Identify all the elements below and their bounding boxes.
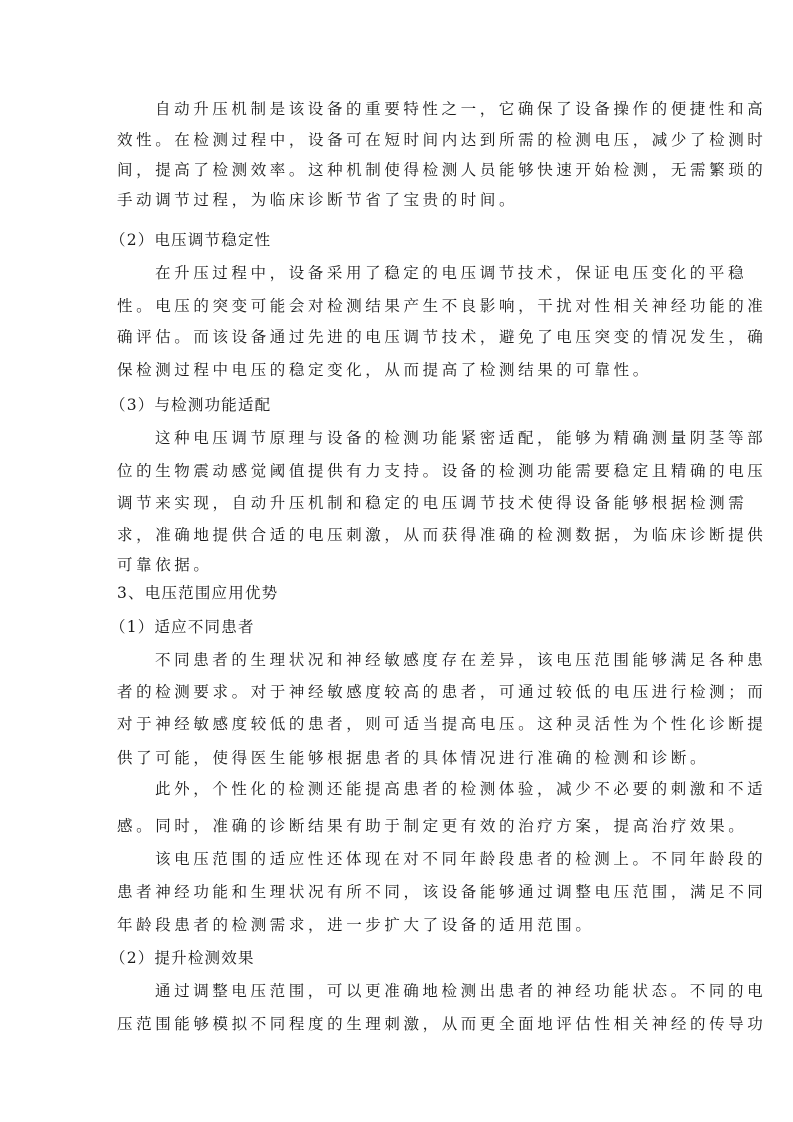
paragraph-line: 供了可能，使得医生能够根据患者的具体情况进行准确的检测和诊断。	[117, 748, 677, 768]
paragraph-line: 年龄段患者的检测需求，进一步扩大了设备的适用范围。	[117, 915, 677, 935]
paragraph-line: 调节来实现，自动升压机制和稳定的电压调节技术使得设备能够根据检测需	[117, 493, 677, 513]
subsection-heading: （2）电压调节稳定性	[110, 230, 670, 250]
subsection-heading: （1）适应不同患者	[110, 617, 670, 637]
document-page: 自动升压机制是该设备的重要特性之一，它确保了设备操作的便捷性和高 效性。在检测过…	[0, 0, 793, 1122]
paragraph-line: 自动升压机制是该设备的重要特性之一，它确保了设备操作的便捷性和高	[155, 99, 677, 119]
paragraph-line: 性。电压的突变可能会对检测结果产生不良影响，干扰对性相关神经功能的准	[117, 296, 677, 316]
subsection-heading: （2）提升检测效果	[110, 948, 670, 968]
paragraph-line: 保检测过程中电压的稳定变化，从而提高了检测结果的可靠性。	[117, 360, 677, 380]
paragraph-line: 压范围能够模拟不同程度的生理刺激，从而更全面地评估性相关神经的传导功	[117, 1014, 677, 1034]
paragraph-line: 可靠依据。	[117, 555, 677, 575]
paragraph-line: 患者神经功能和生理状况有所不同，该设备能够通过调整电压范围，满足不同	[117, 882, 677, 902]
paragraph-line: 手动调节过程，为临床诊断节省了宝贵的时间。	[117, 190, 677, 210]
paragraph-line: 求，准确地提供合适的电压刺激，从而获得准确的检测数据，为临床诊断提供	[117, 525, 677, 545]
paragraph-line: 确评估。而该设备通过先进的电压调节技术，避免了电压突变的情况发生，确	[117, 327, 677, 347]
paragraph-line: 通过调整电压范围，可以更准确地检测出患者的神经功能状态。不同的电	[155, 981, 677, 1001]
section-heading: 3、电压范围应用优势	[117, 583, 677, 603]
subsection-heading: （3）与检测功能适配	[110, 395, 670, 415]
paragraph-line: 不同患者的生理状况和神经敏感度存在差异，该电压范围能够满足各种患	[155, 650, 677, 670]
paragraph-line: 感。同时，准确的诊断结果有助于制定更有效的治疗方案，提高治疗效果。	[117, 816, 677, 836]
paragraph-line: 效性。在检测过程中，设备可在短时间内达到所需的检测电压，减少了检测时	[117, 130, 677, 150]
paragraph-line: 对于神经敏感度较低的患者，则可适当提高电压。这种灵活性为个性化诊断提	[117, 714, 677, 734]
paragraph-line: 此外，个性化的检测还能提高患者的检测体验，减少不必要的刺激和不适	[155, 779, 677, 799]
paragraph-line: 位的生物震动感觉阈值提供有力支持。设备的检测功能需要稳定且精确的电压	[117, 461, 677, 481]
paragraph-line: 该电压范围的适应性还体现在对不同年龄段患者的检测上。不同年龄段的	[155, 849, 677, 869]
paragraph-line: 间，提高了检测效率。这种机制使得检测人员能够快速开始检测，无需繁琐的	[117, 160, 677, 180]
paragraph-line: 者的检测要求。对于神经敏感度较高的患者，可通过较低的电压进行检测；而	[117, 682, 677, 702]
paragraph-line: 这种电压调节原理与设备的检测功能紧密适配，能够为精确测量阴茎等部	[155, 428, 677, 448]
paragraph-line: 在升压过程中，设备采用了稳定的电压调节技术，保证电压变化的平稳	[155, 263, 677, 283]
